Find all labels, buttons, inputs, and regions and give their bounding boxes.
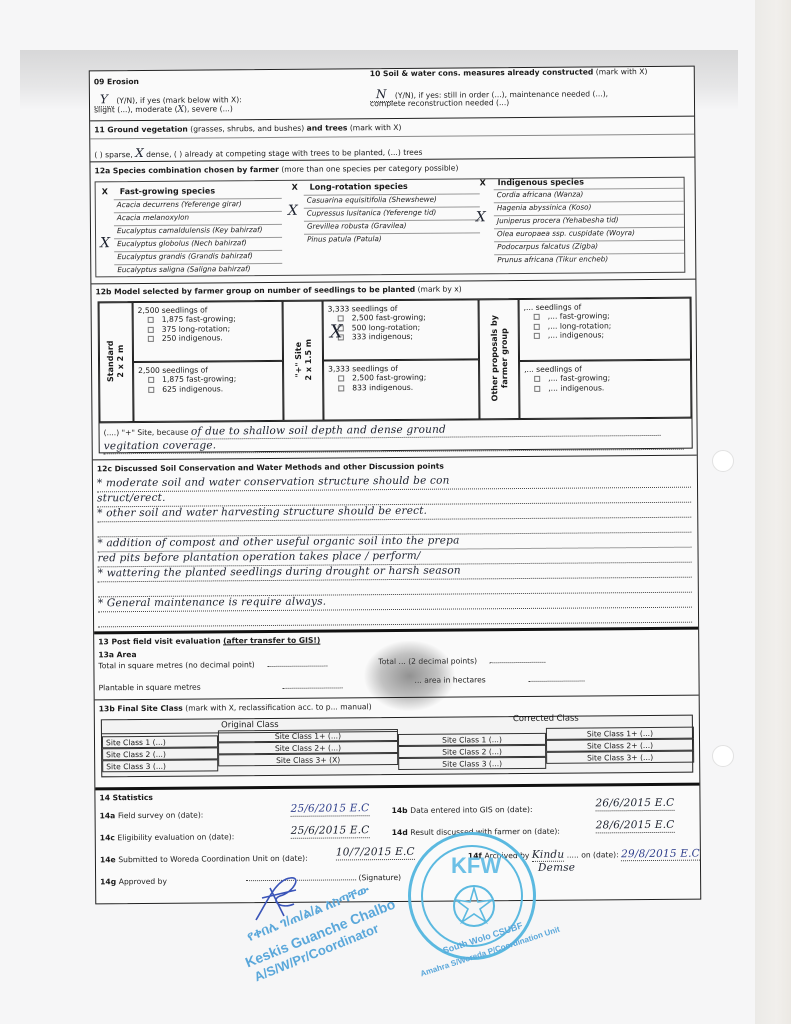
standard-option-a[interactable]: 2,500 seedlings of 1,875 fast-growing;37… [133, 301, 283, 362]
severity-label-end: ), severe (...) [184, 104, 233, 113]
stat-code: 14b [392, 806, 411, 815]
signature-scribble-icon [250, 870, 310, 930]
plus-label-text: "+" Site [294, 342, 303, 378]
swc-title-text: 10 Soil & water cons. measures already c… [370, 67, 594, 78]
fast-growing-list: Acacia decurrens (Yeferenge girar)Acacia… [114, 198, 283, 277]
x-column-label: X [480, 178, 486, 188]
site-class-option[interactable]: Site Class 3 (...) [398, 757, 546, 770]
option-lines: ,... fast-growing;,... indigenous. [524, 373, 686, 393]
vegetation-title-trees: and trees [307, 123, 348, 132]
species-item[interactable]: Acacia melanoxylon [114, 211, 282, 225]
x-column-label: X [102, 187, 108, 197]
checkbox[interactable] [534, 333, 540, 339]
option-text: 833 indigenous. [352, 383, 413, 392]
stat-value-14c[interactable]: 25/6/2015 E.C [291, 824, 370, 839]
option-lines: 2,500 fast-growing;833 indigenous. [328, 373, 474, 393]
option-text: 1,875 fast-growing; [162, 315, 236, 325]
x-column-label: X [292, 183, 298, 193]
checkbox[interactable] [148, 317, 154, 323]
vegetation-title: 11 Ground vegetation (grasses, shrubs, a… [94, 123, 401, 135]
standard-option-b[interactable]: 2,500 seedlings of 1,875 fast-growing;62… [133, 361, 283, 422]
swc-title: 10 Soil & water cons. measures already c… [370, 67, 648, 79]
species-item[interactable]: Acacia decurrens (Yeferenge girar) [114, 198, 282, 212]
checkbox[interactable] [338, 385, 344, 391]
total-ha-field[interactable] [489, 662, 545, 663]
other-option-a[interactable]: ,... seedlings of ,... fast-growing;,...… [519, 298, 691, 361]
model-title: 12b Model selected by farmer group on nu… [95, 284, 461, 296]
option-line[interactable]: ,... indigenous; [524, 330, 686, 341]
plantable-ha-field[interactable] [528, 681, 584, 682]
site-class-option[interactable]: Site Class 3 (...) [102, 759, 218, 772]
divider [90, 134, 694, 140]
option-lines: 1,875 fast-growing;625 indigenous. [138, 374, 278, 394]
final-class-note: (mark with X, reclassification acc. to p… [185, 702, 371, 712]
option-text: 500 long-rotation; [352, 323, 420, 333]
option-text: 375 long-rotation; [162, 324, 230, 334]
total-sqm-label: Total in square metres (no decimal point… [98, 660, 254, 670]
stat-row-14a: 14a Field survey on (date): [100, 811, 204, 821]
statistics-rows: 14a Field survey on (date):25/6/2015 E.C… [95, 787, 702, 904]
species-title-note: (more than one species per category poss… [281, 163, 458, 173]
site-class-option[interactable]: Site Class 3+ (...) [546, 751, 694, 764]
stat-label: Data entered into GIS on (date): [410, 805, 532, 815]
checkbox[interactable] [534, 324, 540, 330]
punch-hole-top [712, 450, 734, 472]
scan-right-edge [755, 0, 791, 1024]
post-visit-title-note: (after transfer to GIS!) [223, 636, 320, 646]
dense-mark[interactable]: X [135, 146, 144, 160]
site-class-option[interactable]: Site Class 1 (...) [102, 735, 218, 748]
option-text: ,... indigenous; [548, 331, 604, 340]
total-sqm-row: Total in square metres (no decimal point… [98, 660, 327, 671]
stat-value-14b[interactable]: 26/6/2015 E.C [595, 797, 674, 812]
standard-spacing: 2 x 2 m [116, 345, 125, 378]
plantable-sqm-label: Plantable in square metres [99, 683, 201, 693]
model-title-text: 12b Model selected by farmer group on nu… [95, 285, 415, 297]
sparse-option[interactable]: ( ) sparse, [94, 150, 132, 159]
stat-row-14c: 14c Eligibility evaluation on (date): [100, 832, 235, 843]
fast-growing-header: Fast-growing species [120, 186, 215, 197]
other-label: Other proposals by farmer group [490, 298, 511, 418]
option-text: 2,500 fast-growing; [352, 313, 426, 323]
checkbox[interactable] [338, 376, 344, 382]
standard-label-text: Standard [106, 340, 115, 382]
option-line[interactable]: 833 indigenous. [328, 382, 474, 393]
survey-form: 09 Erosion Y (Y/N), if yes (mark below w… [89, 66, 702, 905]
stat-code: 14g [100, 877, 119, 886]
stat-row-14b: 14b Data entered into GIS on (date): [392, 805, 533, 816]
area-title: 13a Area [98, 650, 136, 660]
checkbox[interactable] [534, 386, 540, 392]
option-text: 333 indigenous; [352, 332, 413, 341]
species-title-text: 12a Species combination chosen by farmer [94, 165, 278, 175]
discussion-title: 12c Discussed Soil Conservation and Wate… [97, 462, 444, 474]
model-table: Standard 2 x 2 m 2,500 seedlings of 1,87… [98, 297, 693, 454]
plus-site-label-cell: "+" Site 2 x 1.5 m [283, 301, 324, 421]
option-line[interactable]: 333 indigenous; [328, 332, 474, 343]
fast-growing-mark[interactable]: X [100, 235, 110, 253]
divider-thick [94, 627, 698, 635]
stat-row-14e: 14e Submitted to Woreda Coordination Uni… [100, 854, 308, 865]
standard-label: Standard 2 x 2 m [106, 301, 127, 421]
stamp-smudge [364, 641, 455, 712]
indigenous-header: Indigenous species [498, 178, 584, 189]
section-erosion-swc: 09 Erosion Y (Y/N), if yes (mark below w… [90, 67, 694, 120]
plus-option-a[interactable]: 3,333 seedlings of 2,500 fast-growing;50… [323, 299, 479, 360]
site-class-option[interactable]: Site Class 3+ (X) [218, 753, 398, 766]
round-stamp: KFW South Wolo CSUBF Amahra S/Woreda P/C… [408, 832, 536, 960]
species-item[interactable]: Eucalyptus globolus (Nech bahirzaf) [114, 237, 282, 251]
plantable-sqm-row: Plantable in square metres [99, 681, 344, 692]
divider [91, 279, 695, 285]
species-item[interactable]: Prunus africana (Tikur encheb) [494, 253, 684, 267]
checkbox[interactable] [148, 327, 154, 333]
final-class-title-text: 13b Final Site Class [99, 704, 183, 714]
stat-label: Approved by [119, 877, 167, 886]
standard-label-cell: Standard 2 x 2 m [99, 302, 134, 422]
option-line[interactable]: 625 indigenous. [138, 384, 278, 395]
swc-title-note: (mark with X) [596, 67, 648, 76]
other-label-text-2: farmer group [500, 328, 509, 388]
long-rotation-mark[interactable]: X [288, 203, 298, 221]
option-text: 250 indigenous. [162, 334, 223, 343]
option-text: ,... fast-growing; [548, 374, 610, 383]
stat-value-14a[interactable]: 25/6/2015 E.C [290, 802, 369, 817]
signature-label: (Signature) [356, 873, 401, 882]
stat-row-14g: 14g Approved by [100, 877, 167, 887]
stat-code: 14c [100, 833, 118, 842]
stat-code: 14e [100, 855, 118, 864]
total-sqm-field[interactable] [267, 666, 327, 667]
vegetation-title-text: 11 Ground vegetation [94, 125, 188, 135]
plus-site-label: "+" Site 2 x 1.5 m [294, 300, 315, 420]
stat-code: 14d [392, 828, 411, 837]
species-item[interactable]: Eucalyptus camaldulensis (Key bahirzaf) [114, 224, 282, 238]
archived-by-value-2[interactable]: Demse [538, 862, 575, 875]
discussion-lines: * moderate soil and water conservation s… [97, 473, 692, 628]
archived-by-value[interactable]: Kindu [532, 849, 565, 862]
option-text: 1,875 fast-growing; [162, 375, 236, 385]
option-line[interactable]: ,... indigenous. [524, 383, 686, 394]
option-text: ,... fast-growing; [548, 312, 610, 321]
final-class-title: 13b Final Site Class (mark with X, recla… [99, 702, 372, 714]
option-text: ,... long-rotation; [548, 321, 612, 330]
model-title-note: (mark by x) [418, 284, 462, 293]
stat-value-14d[interactable]: 28/6/2015 E.C [596, 819, 675, 834]
other-option-b[interactable]: ,... seedlings of ,... fast-growing;,...… [519, 360, 691, 419]
option-text: ,... indigenous. [548, 383, 604, 392]
stat-code: 14a [100, 811, 118, 820]
checkbox[interactable] [534, 314, 540, 320]
site-class-option[interactable]: Site Class 2 (...) [102, 747, 218, 760]
option-text: 625 indigenous. [162, 384, 223, 393]
erosion-severity: slight (...), moderate (X), severe (...) [94, 104, 233, 116]
checkbox[interactable] [148, 336, 154, 342]
indigenous-list: Cordia africana (Wanza)Hagenia abyssinic… [494, 188, 685, 267]
stat-label: Field survey on (date): [118, 811, 203, 821]
divider [93, 455, 697, 461]
option-text: 2,500 fast-growing; [352, 373, 426, 383]
species-table: X Fast-growing species Acacia decurrens … [95, 177, 686, 278]
option-lines: ,... fast-growing;,... long-rotation;,..… [524, 311, 686, 341]
option-line[interactable]: 250 indigenous. [138, 333, 278, 344]
species-title: 12a Species combination chosen by farmer… [94, 163, 458, 175]
plus-option-b[interactable]: 3,333 seedlings of 2,500 fast-growing;83… [323, 359, 479, 420]
plantable-sqm-field[interactable] [283, 687, 343, 688]
stamp-center-text: KFW [451, 853, 501, 879]
long-rotation-header: Long-rotation species [310, 182, 408, 193]
severity-label: slight (...), moderate ( [94, 105, 178, 115]
plus-spacing: 2 x 1.5 m [304, 339, 313, 381]
vegetation-title-note: (mark with X) [350, 123, 402, 132]
stat-label: Eligibility evaluation on (date): [117, 832, 234, 842]
vegetation-title-mid: (grasses, shrubs, and bushes) [190, 124, 304, 134]
archived-date-value[interactable]: 29/8/2015 E.C [621, 848, 700, 862]
reason-label: (....) "+" Site, because [104, 428, 189, 438]
species-item[interactable]: Eucalyptus grandis (Grandis bahirzaf) [114, 250, 282, 264]
plus-option-a-mark[interactable]: X [330, 321, 343, 344]
indigenous-mark[interactable]: X [476, 209, 486, 227]
post-visit-title: 13 Post field visit evaluation (after tr… [98, 636, 320, 647]
stat-label: Submitted to Woreda Coordination Unit on… [118, 854, 307, 864]
erosion-title: 09 Erosion [94, 77, 139, 87]
checkbox[interactable] [148, 377, 154, 383]
dense-option[interactable]: dense, ( ) already at competing stage wi… [146, 148, 422, 159]
site-class-grid: Site Class 1 (...)Site Class 2 (...)Site… [102, 730, 694, 779]
stat-label: ..... on (date): [564, 850, 621, 859]
option-lines: 2,500 fast-growing;500 long-rotation;333… [328, 313, 474, 343]
post-visit-title-text: 13 Post field visit evaluation [98, 636, 220, 646]
species-item[interactable]: Eucalyptus saligna (Saligna bahirzaf) [114, 263, 282, 277]
species-item[interactable]: Pinus patula (Patula) [304, 232, 480, 246]
swc-question-2: complete reconstruction needed (...) [370, 98, 509, 109]
checkbox[interactable] [148, 387, 154, 393]
punch-hole-bottom [712, 745, 734, 767]
stat-value-14e[interactable]: 10/7/2015 E.C [336, 846, 415, 861]
site-class-table: Original Class Corrected Class Site Clas… [101, 715, 693, 778]
option-lines: 1,875 fast-growing;375 long-rotation;250… [138, 314, 278, 344]
sun-emblem-icon [451, 883, 497, 929]
corrected-class-header: Corrected Class [398, 712, 694, 728]
other-label-cell: Other proposals by farmer group [479, 299, 520, 419]
plus-site-reason[interactable]: (....) "+" Site, because of due to shall… [99, 418, 691, 453]
checkbox[interactable] [534, 376, 540, 382]
long-rotation-list: Casuarina equisitifolia (Shewshewe)Cupre… [304, 193, 480, 246]
other-label-text: Other proposals by [490, 315, 500, 401]
